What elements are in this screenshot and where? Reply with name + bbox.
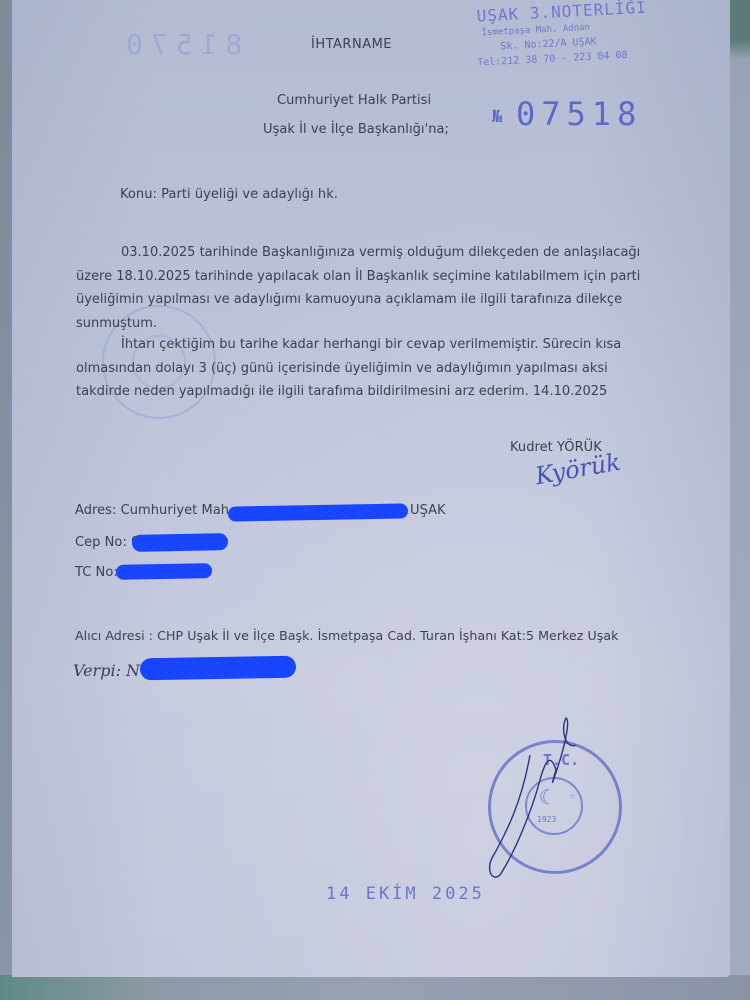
page-lighting bbox=[12, 0, 730, 977]
tc-label: TC No: bbox=[75, 565, 118, 580]
date-stamp: 14 EKİM 2025 bbox=[326, 884, 485, 904]
redaction-received-name bbox=[140, 656, 296, 681]
background-surface-bottom bbox=[0, 975, 750, 1000]
address-label: Adres: Cumhuriyet Mah. bbox=[75, 503, 233, 518]
paragraph-2-line: İhtarı çektiğim bu tarihe kadar herhangi… bbox=[76, 333, 621, 357]
paragraph-1-line: üzere 18.10.2025 tarihinde yapılacak ola… bbox=[76, 265, 640, 289]
address-city: UŞAK bbox=[410, 503, 446, 518]
number-stamp-digits: 07518 bbox=[516, 95, 642, 133]
recipient-line-2: Uşak İl ve İlçe Başkanlığı'na; bbox=[263, 122, 449, 137]
redaction-address bbox=[228, 503, 408, 521]
notary-stamp-name: UŞAK 3.NOTERLİĞİ bbox=[476, 0, 647, 26]
body-paragraph-2: İhtarı çektiğim bu tarihe kadar herhangi… bbox=[76, 333, 621, 404]
paragraph-2-line: takdirde neden yapılmadığı ile ilgili ta… bbox=[76, 380, 621, 404]
redaction-tc bbox=[116, 563, 212, 580]
recipient-line-1: Cumhuriyet Halk Partisi bbox=[277, 93, 431, 108]
handwritten-received-note: Verpi: N bbox=[73, 661, 140, 680]
body-paragraph-1: 03.10.2025 tarihinde Başkanlığınıza verm… bbox=[76, 241, 640, 335]
notary-stamp-line2: Sk. No:22/A UŞAK bbox=[500, 36, 597, 52]
paragraph-1-line: sunmuştum. bbox=[76, 312, 640, 336]
notary-stamp-phone: Tel:212 38 70 - 223 04 08 bbox=[477, 50, 628, 69]
background-surface-right bbox=[728, 0, 750, 980]
paragraph-2-line: olmasından dolayı 3 (üç) günü içerisinde… bbox=[76, 357, 621, 381]
redaction-phone bbox=[132, 533, 228, 552]
faded-stamp-number: 81570 bbox=[118, 28, 242, 61]
phone-label: Cep No: 0 bbox=[75, 535, 139, 550]
background-surface-left bbox=[0, 0, 12, 1000]
document-title: İHTARNAME bbox=[311, 37, 392, 52]
number-stamp-prefix: № bbox=[492, 107, 502, 127]
notary-stamp-line1: İsmetpaşa Mah. Adnan bbox=[481, 23, 590, 39]
subject-line: Konu: Parti üyeliği ve adaylığı hk. bbox=[120, 187, 338, 202]
paragraph-1-line: 03.10.2025 tarihinde Başkanlığınıza verm… bbox=[76, 241, 640, 265]
recipient-address: Alıcı Adresi : CHP Uşak İl ve İlçe Başk.… bbox=[75, 628, 618, 643]
notary-stamp: UŞAK 3.NOTERLİĞİ İsmetpaşa Mah. Adnan Sk… bbox=[468, 0, 662, 80]
paragraph-1-line: üyeliğimin yapılması ve adaylığımı kamuo… bbox=[76, 288, 640, 312]
notary-signature bbox=[480, 710, 590, 890]
